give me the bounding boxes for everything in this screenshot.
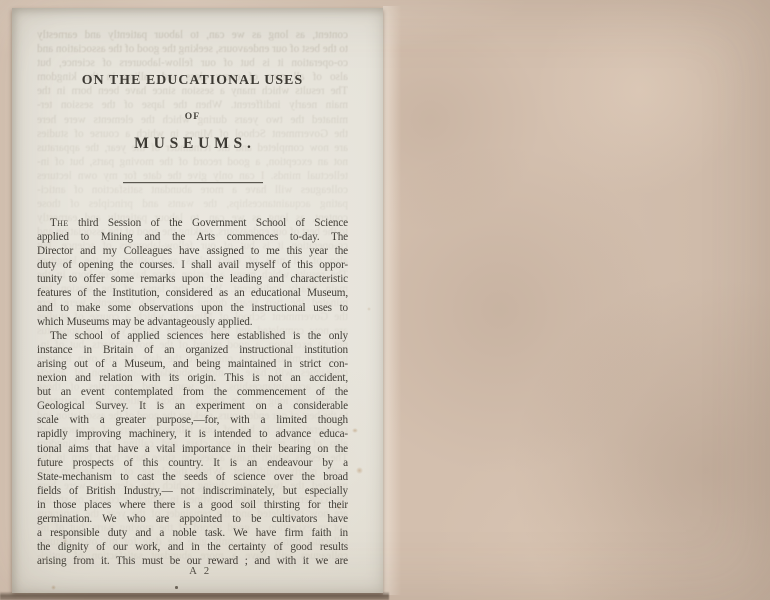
paragraph: The school of applied sciences here esta… [37,329,348,569]
page-title-line3: MUSEUMS. [37,135,348,153]
title-divider-rule [123,182,263,183]
page-shadow [0,592,389,600]
scanned-page: content, as long as we can, to labour pa… [12,8,383,593]
text-line: a responsible duty and a noble task. We … [37,526,348,540]
foxing-spot [352,428,358,433]
text-line: rapidly improving machinery, it is inten… [37,427,348,441]
foxing-spot [367,307,371,311]
small-caps-word: The [50,217,68,229]
body-text: The third Session of the Government Scho… [37,216,348,568]
text-line: tional aims that have a vital importance… [37,442,348,456]
text-line: and to make some observations upon the i… [37,301,348,315]
text-line: Director and my Colleagues have assigned… [37,244,348,258]
text-line: features of the Institution, considered … [37,286,348,300]
text-line: tunity to offer some remarks upon the le… [37,272,348,286]
paragraph: The third Session of the Government Scho… [37,216,348,329]
foxing-spot [356,467,363,474]
text-line: the dignity of our work, and in the cert… [37,540,348,554]
text-line: The school of applied sciences here esta… [37,329,348,343]
signature-mark: A 2 [37,566,348,577]
text-line: duty of opening the courses. I shall ava… [37,258,348,272]
text-line: scale with a greater purpose,—for, with … [37,413,348,427]
page-edge-highlight [383,6,409,595]
text-line: nexion and relation with its origin. Thi… [37,371,348,385]
text-column: ON THE EDUCATIONAL USES OF MUSEUMS. The … [37,8,348,593]
text-line: future prospects of this country. It is … [37,456,348,470]
text-line: germination. We who are appointed to be … [37,512,348,526]
text-line: in those places where there is a good so… [37,498,348,512]
ink-speck [175,586,178,589]
text-line: fields of British Industry,— not indiscr… [37,484,348,498]
text-line: State-mechanism to cast the seeds of sci… [37,470,348,484]
page-title-line1: ON THE EDUCATIONAL USES [37,72,348,88]
text-line: but an event contemplated from the comme… [37,385,348,399]
text-line: arising out of a Museum, and being maint… [37,357,348,371]
text-line: The third Session of the Government Scho… [37,216,348,230]
scanned-book-photo: content, as long as we can, to labour pa… [0,0,770,600]
page-title-line2: OF [37,112,348,122]
text-line: instance in Britain of an organized inst… [37,343,348,357]
text-line: applied to Mining and the Arts commences… [37,230,348,244]
text-line: Geological Survey. It is an experiment o… [37,399,348,413]
text-line: which Museums may be advantageously appl… [37,315,348,329]
